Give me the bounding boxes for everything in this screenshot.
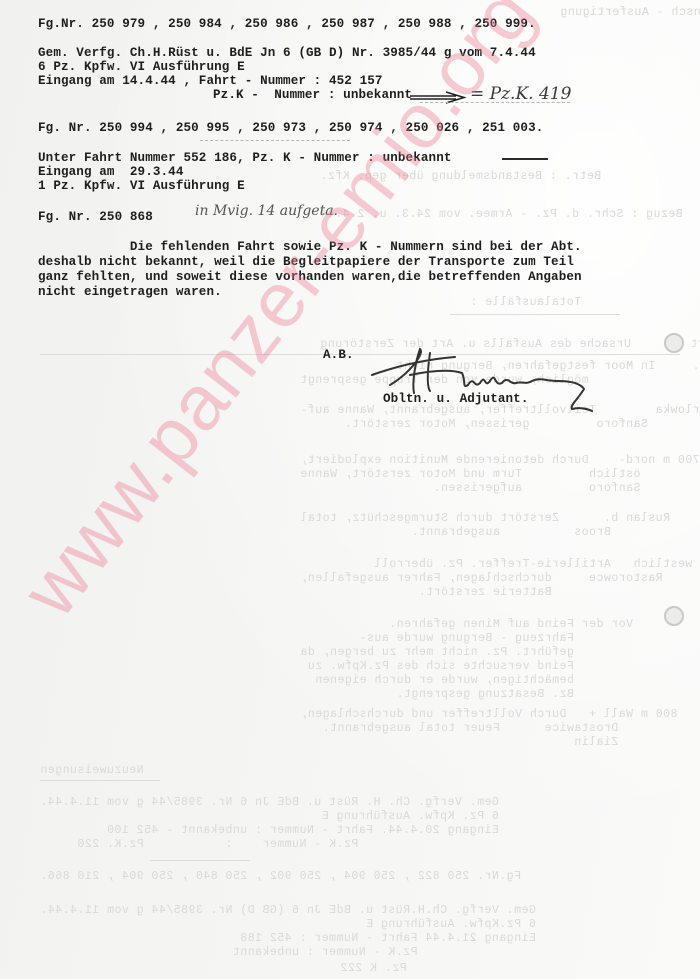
document-page: Fernsch - Ausfertigung Betr. : Bestandsm… [0, 0, 700, 979]
fg-numbers-block2: Fg. Nr. 250 994 , 250 995 , 250 973 , 25… [38, 121, 543, 135]
fg-number-block3: Fg. Nr. 250 868 [38, 210, 153, 224]
vehicle-type: 6 Pz. Kpfw. VI Ausführung E [38, 60, 245, 74]
paragraph-line: deshalb nicht bekannt, weil die Begleitp… [38, 255, 574, 269]
order-reference: Gem. Verfg. Ch.H.Rüst u. BdE Jn 6 (GB D)… [38, 46, 536, 60]
handwritten-pzk-note: = Pz.K. 419 [470, 84, 571, 104]
paragraph-line: ganz fehlten, und soweit diese vorhanden… [38, 270, 582, 284]
arrival-line: Eingang am 14.4.44 , Fahrt - Nummer : 45… [38, 74, 383, 88]
ab-mark: A.B. [323, 348, 354, 362]
paragraph-line: Die fehlenden Fahrt sowie Pz. K - Nummer… [38, 240, 582, 254]
divider [200, 140, 350, 141]
paragraph-line: nicht eingetragen waren. [38, 285, 222, 299]
signatory-title: Obltn. u. Adjutant. [383, 392, 529, 406]
transport-line: Unter Fahrt Nummer 552 186, Pz. K - Numm… [38, 151, 452, 165]
strike-line [502, 158, 548, 160]
fg-numbers-block1: Fg.Nr. 250 979 , 250 984 , 250 986 , 250… [38, 17, 536, 31]
handwritten-note: in Mvig. 14 aufgeta. [195, 203, 338, 219]
punch-hole [664, 606, 684, 626]
divider [420, 102, 570, 103]
punch-hole [664, 333, 684, 353]
pzk-number-line: Pz.K - Nummer : unbekannt [213, 88, 412, 102]
vehicle-type-block2: 1 Pz. Kpfw. VI Ausführung E [38, 179, 245, 193]
arrival-line-block2: Eingang am 29.3.44 [38, 165, 184, 179]
